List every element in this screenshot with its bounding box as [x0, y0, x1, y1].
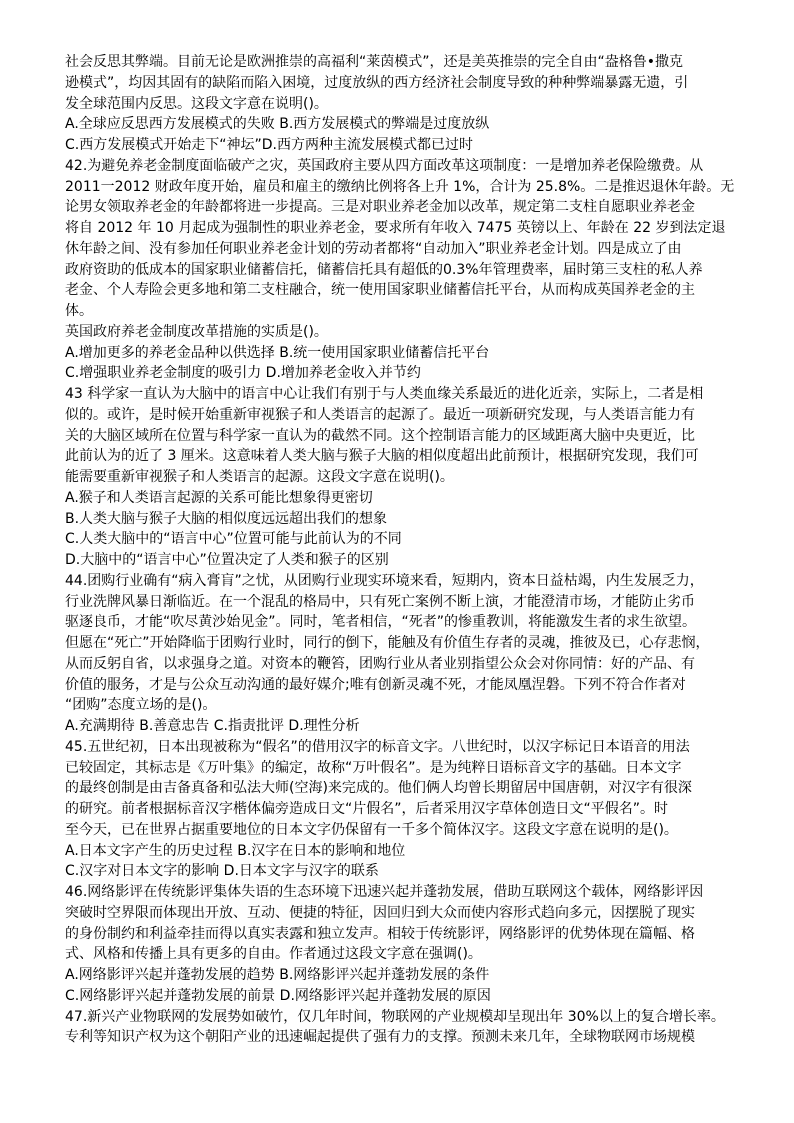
text-line: 专利等知识产权为这个朝阳产业的迅速崛起提供了强有力的支撑。预测未来几年，全球物联… — [65, 1027, 755, 1048]
text-line: 43 科学家一直认为大脑中的语言中心让我们有别于与人类血缘关系最近的进化近亲，实… — [65, 384, 755, 405]
text-line: 的身份制约和利益牵挂而得以真实表露和独立发声。相较于传统影评，网络影评的优势体现… — [65, 924, 755, 945]
text-line: 发全球范围内反思。这段文字意在说明()。 — [65, 94, 755, 115]
exam-page: 社会反思其弊端。目前无论是欧洲推崇的高福利“莱茵模式”，还是美英推崇的完全自由“… — [0, 0, 794, 1123]
text-line: 社会反思其弊端。目前无论是欧洲推崇的高福利“莱茵模式”，还是美英推崇的完全自由“… — [65, 52, 755, 73]
text-line: 逊模式”，均因其固有的缺陷而陷入困境，过度放纵的西方经济社会制度导致的种种弊端暴… — [65, 73, 755, 94]
text-line: 英国政府养老金制度改革措施的实质是()。 — [65, 322, 755, 343]
text-line: 已较固定，其标志是《万叶集》的编定，故称“万叶假名”。是为纯粹日语标音文字的基础… — [65, 758, 755, 779]
text-line: 46.网络影评在传统影评集体失语的生态环境下迅速兴起并蓬勃发展，借助互联网这个载… — [65, 882, 755, 903]
text-line: 老金、个人寿险会更多地和第二支柱融合，统一使用国家职业储蓄信托平台，从而构成英国… — [65, 280, 755, 301]
text-line: D.大脑中的“语言中心”位置决定了人类和猴子的区别 — [65, 550, 755, 571]
text-line: A.充满期待 B.善意忠告 C.指责批评 D.理性分析 — [65, 716, 755, 737]
text-line: C.汉字对日本文字的影响 D.日本文字与汉字的联系 — [65, 861, 755, 882]
text-line: 44.团购行业确有“病入膏肓”之忧，从团购行业现实环境来看，短期内，资本日益枯竭… — [65, 571, 755, 592]
text-line: A.增加更多的养老金品种以供选择 B.统一使用国家职业储蓄信托平台 — [65, 343, 755, 364]
text-line: 将自 2012 年 10 月起成为强制性的职业养老金，要求所有年收入 7475 … — [65, 218, 755, 239]
text-line: A.日本文字产生的历史过程 B.汉字在日本的影响和地位 — [65, 841, 755, 862]
text-line: 休年龄之间、没有参加任何职业养老金计划的劳动者都将“自动加入”职业养老金计划。四… — [65, 239, 755, 260]
text-line: 47.新兴产业物联网的发展势如破竹，仅几年时间，物联网的产业规模却呈现出年 30… — [65, 1007, 755, 1028]
document-lines: 社会反思其弊端。目前无论是欧洲推崇的高福利“莱茵模式”，还是美英推崇的完全自由“… — [65, 52, 755, 1048]
text-line: C.网络影评兴起并蓬勃发展的前景 D.网络影评兴起并蓬勃发展的原因 — [65, 986, 755, 1007]
text-line: A.全球应反思西方发展模式的失败 B.西方发展模式的弊端是过度放纵 — [65, 114, 755, 135]
text-line: 2011一2012 财政年度开始，雇员和雇主的缴纳比例将各上升 1%，合计为 2… — [65, 177, 755, 198]
text-line: C.西方发展模式开始走下“神坛”D.西方两种主流发展模式都已过时 — [65, 135, 755, 156]
text-line: 式、风格和传播上具有更多的自由。作者通过这段文字意在强调()。 — [65, 944, 755, 965]
text-line: 体。 — [65, 301, 755, 322]
text-line: 似的。或许，是时候开始重新审视猴子和人类语言的起源了。最近一项新研究发现，与人类… — [65, 405, 755, 426]
text-line: 价值的服务，才是与公众互动沟通的最好媒介;唯有创新灵魂不死，才能凤凰涅磐。下列不… — [65, 675, 755, 696]
text-line: 从而反躬自省，以求强身之道。对资本的鞭笞，团购行业从者业别指望公众会对你同情：好… — [65, 654, 755, 675]
text-line: 此前认为的近了 3 厘米。这意味着人类大脑与猴子大脑的相似度超出此前预计，根据研… — [65, 446, 755, 467]
text-line: 但愿在“死亡”开始降临于团购行业时，同行的倒下，能触及有价值生存者的灵魂，推彼及… — [65, 633, 755, 654]
text-line: 论男女领取养老金的年龄都将进一步提高。三是对职业养老金加以改革，规定第二支柱自愿… — [65, 197, 755, 218]
text-line: C.人类大脑中的“语言中心”位置可能与此前认为的不同 — [65, 529, 755, 550]
text-line: 能需要重新审视猴子和人类语言的起源。这段文字意在说明()。 — [65, 467, 755, 488]
text-line: “团购”态度立场的是()。 — [65, 695, 755, 716]
text-line: 的最终创制是由吉备真备和弘法大师(空海)来完成的。他们俩人均曾长期留居中国唐朝，… — [65, 778, 755, 799]
text-line: 45.五世纪初，日本出现被称为“假名”的借用汉字的标音文字。八世纪时，以汉字标记… — [65, 737, 755, 758]
text-line: 行业洗牌风暴日渐临近。在一个混乱的格局中，只有死亡案例不断上演，才能澄清市场，才… — [65, 592, 755, 613]
text-line: A.猴子和人类语言起源的关系可能比想象得更密切 — [65, 488, 755, 509]
text-line: 的研究。前者根据标音汉字楷体偏旁造成日文“片假名”，后者采用汉字草体创造日文“平… — [65, 799, 755, 820]
text-line: 42.为避免养老金制度面临破产之灾，英国政府主要从四方面改革这项制度：一是增加养… — [65, 156, 755, 177]
text-line: 突破时空界限而体现出开放、互动、便捷的特征，因回归到大众而使内容形式趋向多元，因… — [65, 903, 755, 924]
text-line: C.增强职业养老金制度的吸引力 D.增加养老金收入并节约 — [65, 363, 755, 384]
text-line: 关的大脑区域所在位置与科学家一直认为的截然不同。这个控制语言能力的区域距离大脑中… — [65, 426, 755, 447]
text-line: B.人类大脑与猴子大脑的相似度远远超出我们的想象 — [65, 509, 755, 530]
text-line: 驱逐良币，才能“吹尽黄沙始见金”。同时，笔者相信，“死者”的惨重教训，将能激发生… — [65, 612, 755, 633]
text-line: 政府资助的低成本的国家职业储蓄信托，储蓄信托具有超低的0.3%年管理费率，届时第… — [65, 260, 755, 281]
text-line: A.网络影评兴起并蓬勃发展的趋势 B.网络影评兴起并蓬勃发展的条件 — [65, 965, 755, 986]
text-line: 至今天，已在世界占据重要地位的日本文字仍保留有一千多个简体汉字。这段文字意在说明… — [65, 820, 755, 841]
